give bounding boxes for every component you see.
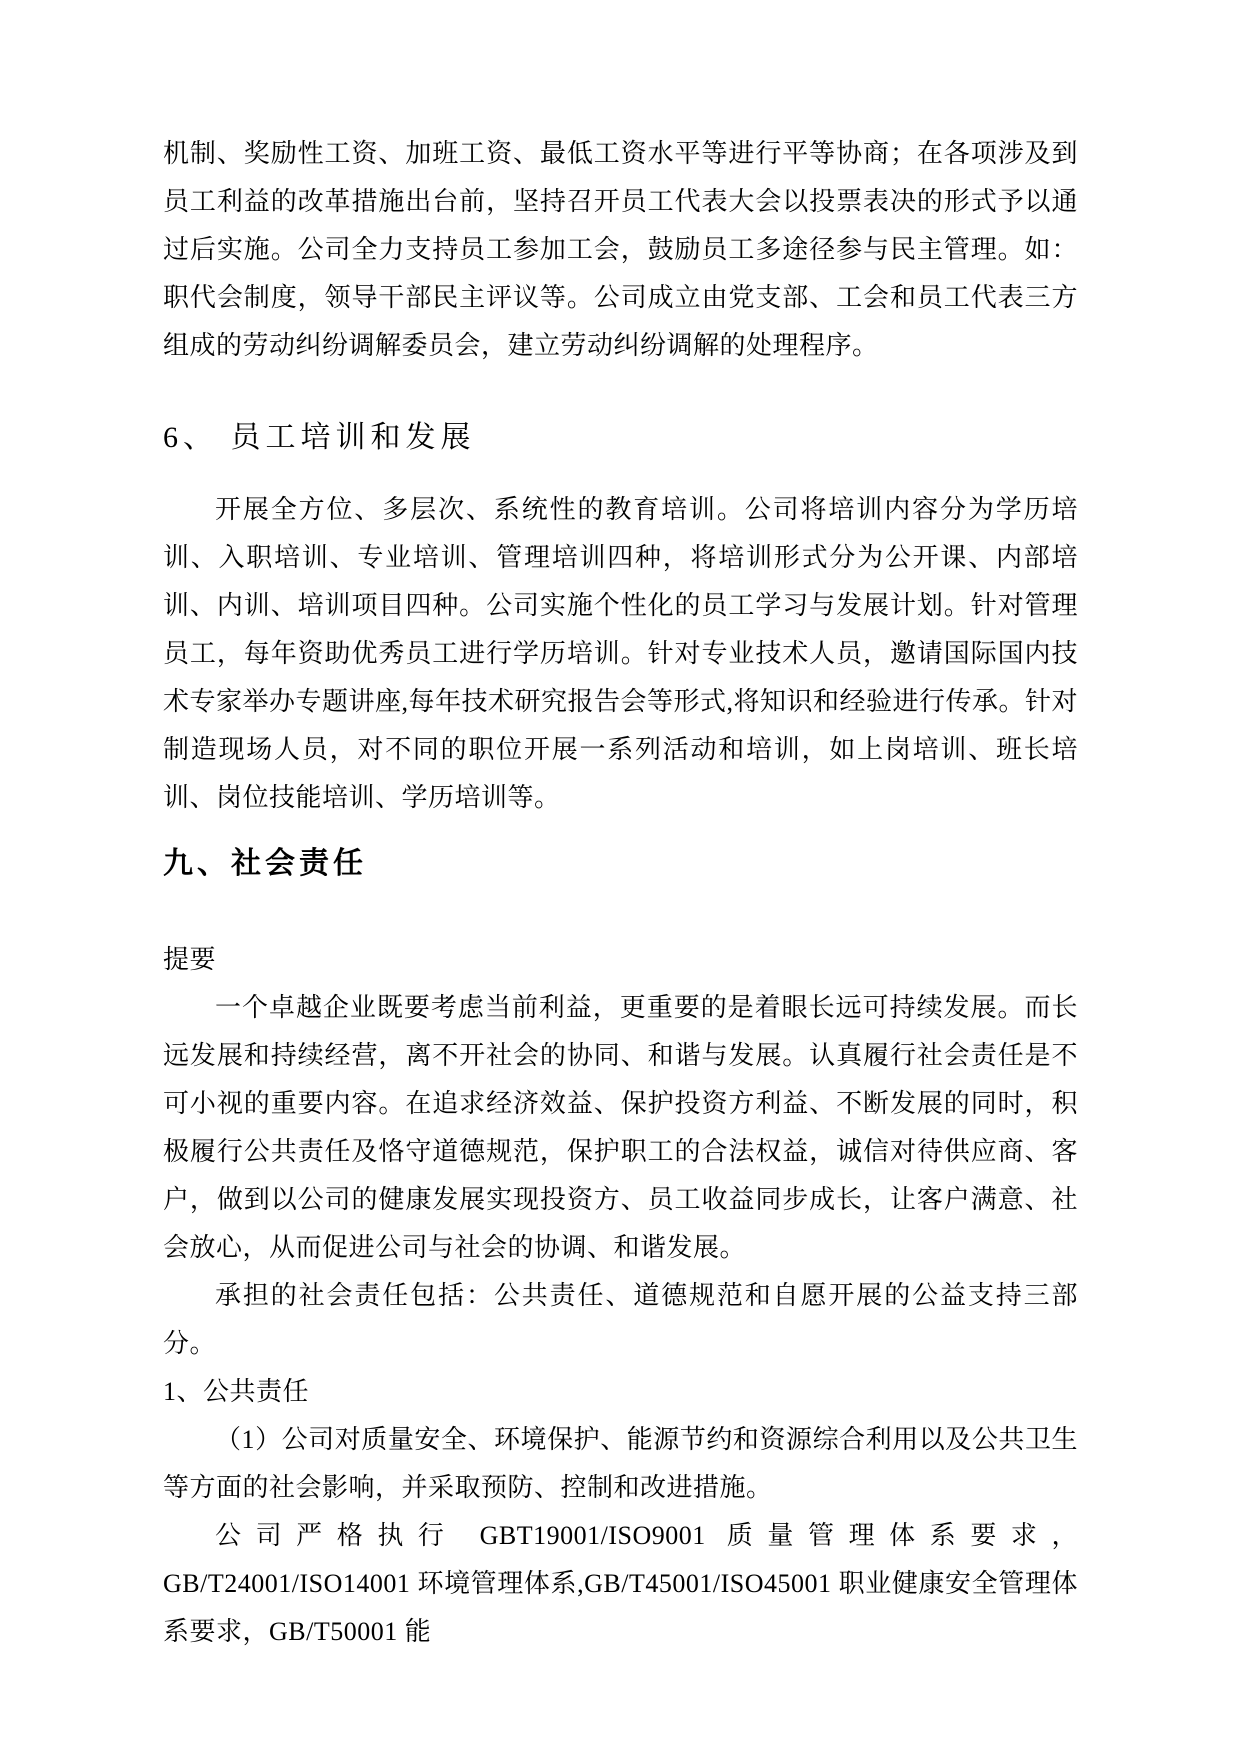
subheading-public-responsibility: 1、公共责任	[163, 1368, 1078, 1416]
summary-label: 提要	[163, 936, 1078, 984]
document-content: 机制、奖励性工资、加班工资、最低工资水平等进行平等协商；在各项涉及到员工利益的改…	[0, 0, 1241, 1656]
paragraph-training-development: 开展全方位、多层次、系统性的教育培训。公司将培训内容分为学历培训、入职培训、专业…	[163, 486, 1078, 822]
document-page: 机制、奖励性工资、加班工资、最低工资水平等进行平等协商；在各项涉及到员工利益的改…	[0, 0, 1241, 1755]
heading-employee-training: 6、 员工培训和发展	[163, 410, 1078, 466]
paragraph-responsibility-parts: 承担的社会责任包括：公共责任、道德规范和自愿开展的公益支持三部分。	[163, 1272, 1078, 1368]
paragraph-management-standards: 公司严格执行 GBT19001/ISO9001 质量管理体系要求，GB/T240…	[163, 1512, 1078, 1656]
paragraph-labor-negotiation: 机制、奖励性工资、加班工资、最低工资水平等进行平等协商；在各项涉及到员工利益的改…	[163, 130, 1078, 370]
heading-social-responsibility: 九、社会责任	[163, 836, 1078, 892]
paragraph-public-impact: （1）公司对质量安全、环境保护、能源节约和资源综合利用以及公共卫生等方面的社会影…	[163, 1416, 1078, 1512]
paragraph-summary: 一个卓越企业既要考虑当前利益，更重要的是着眼长远可持续发展。而长远发展和持续经营…	[163, 984, 1078, 1272]
